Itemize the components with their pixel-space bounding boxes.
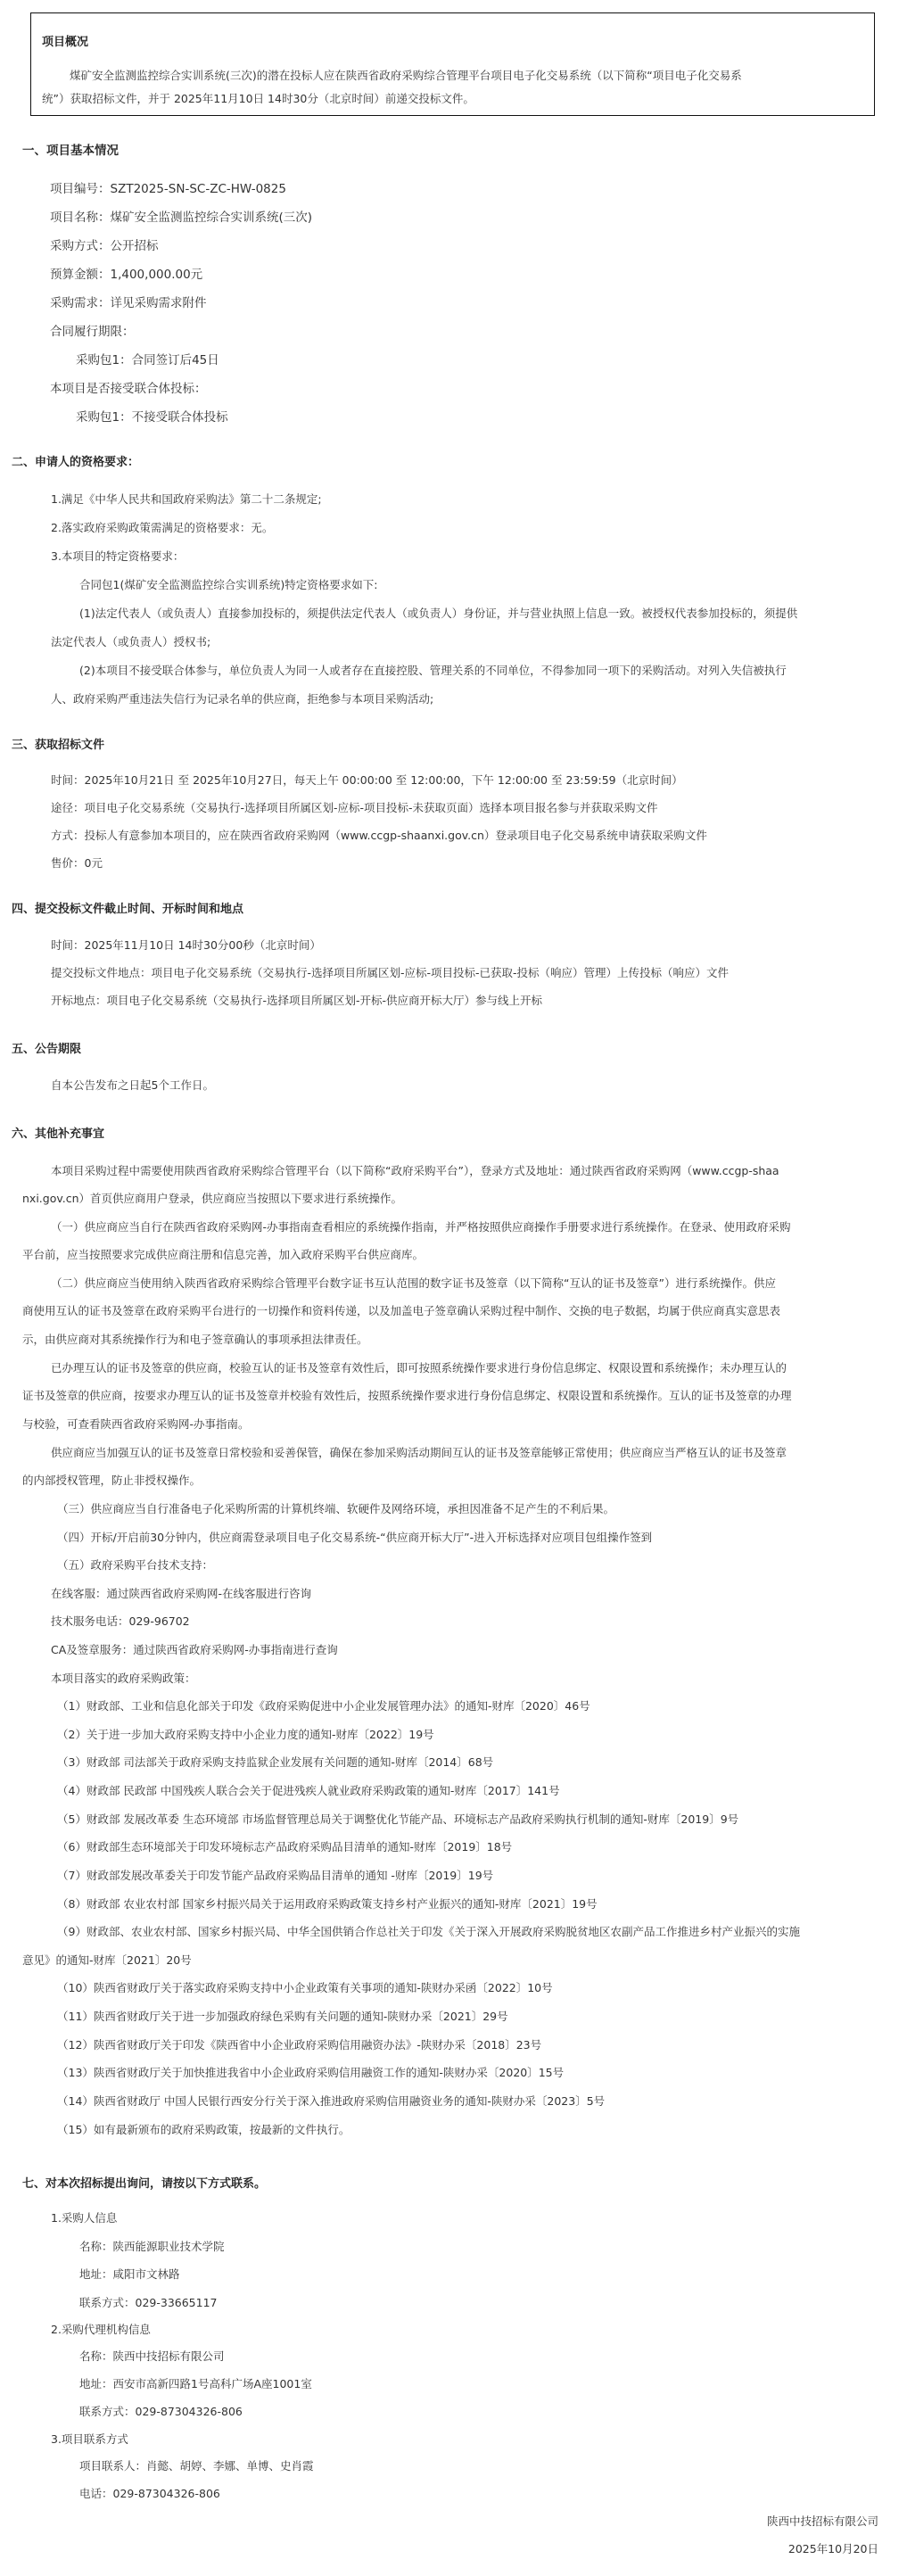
- policy-item: （11）陕西省财政厅关于进一步加强政府绿色采购有关问题的通知-陕财办采〔2021…: [57, 2008, 508, 2024]
- project-contact-people: 项目联系人：肖懿、胡婷、李娜、单博、史肖霞: [79, 2457, 314, 2473]
- requirement-1-line-2: 法定代表人（或负责人）授权书;: [51, 633, 210, 649]
- agency-contact: 联系方式：029-87304326-806: [79, 2403, 243, 2419]
- project-contact-label: 3.项目联系方式: [51, 2431, 128, 2447]
- policy-item: （9）财政部、农业农村部、国家乡村振兴局、中华全国供销合作总社关于印发《关于深入…: [57, 1923, 800, 1939]
- tech-support-phone: 技术服务电话：029-96702: [51, 1613, 190, 1629]
- section-2-heading: 二、申请人的资格要求：: [12, 452, 139, 469]
- policy-item: （6）财政部生态环境部关于印发环境标志产品政府采购品目清单的通知-财库〔2019…: [57, 1838, 512, 1854]
- section-5-heading: 五、公告期限: [12, 1039, 81, 1056]
- requirement-1-line-1: (1)法定代表人（或负责人）直接参加投标的，须提供法定代表人（或负责人）身份证，…: [79, 605, 797, 621]
- online-service: 在线客服：通过陕西省政府采购网-在线客服进行咨询: [51, 1585, 311, 1601]
- acquire-time: 时间：2025年10月21日 至 2025年10月27日，每天上午 00:00:…: [51, 772, 683, 788]
- section-6-heading: 六、其他补充事宜: [12, 1124, 104, 1141]
- section-7-heading: 七、对本次招标提出询问，请按以下方式联系。: [22, 2174, 266, 2191]
- package-1-requirements: 合同包1(煤矿安全监测监控综合实训系统)特定资格要求如下:: [79, 576, 377, 592]
- purchaser-contact: 联系方式：029-33665117: [79, 2294, 218, 2310]
- signature-org: 陕西中技招标有限公司: [767, 2513, 878, 2529]
- document-price: 售价：0元: [51, 855, 103, 871]
- signature-date: 2025年10月20日: [788, 2540, 878, 2556]
- supplement-line: （五）政府采购平台技术支持：: [57, 1556, 213, 1573]
- section-4-heading: 四、提交投标文件截止时间、开标时间和地点: [12, 899, 243, 916]
- supplement-line: 与校验，可查看陕西省政府采购网-办事指南。: [22, 1416, 250, 1432]
- supplement-line: nxi.gov.cn）首页供应商用户登录，供应商应当按照以下要求进行系统操作。: [22, 1190, 402, 1206]
- contract-period-package-1: 采购包1：合同签订后45日: [76, 350, 219, 367]
- project-number: 项目编号：SZT2025-SN-SC-ZC-HW-0825: [50, 178, 286, 196]
- summary-title: 项目概况: [42, 32, 88, 49]
- section-1-heading: 一、项目基本情况: [22, 140, 119, 158]
- project-contact-phone: 电话：029-87304326-806: [79, 2485, 220, 2501]
- deadline-time: 时间：2025年11月10日 14时30分00秒（北京时间）: [51, 937, 321, 953]
- agency-info-label: 2.采购代理机构信息: [51, 2321, 151, 2337]
- supplement-line: 的内部授权管理，防止非授权操作。: [22, 1472, 201, 1488]
- policy-item: （12）陕西省财政厅关于印发《陕西省中小企业政府采购信用融资办法》-陕财办采〔2…: [57, 2036, 541, 2052]
- summary-line-2: 统”）获取招标文件，并于 2025年11月10日 14时30分（北京时间）前递交…: [42, 90, 474, 106]
- acquire-route: 途径：项目电子化交易系统（交易执行-选择项目所属区划-应标-项目投标-未获取页面…: [51, 799, 658, 815]
- supplement-line: （一）供应商应当自行在陕西省政府采购网-办事指南查看相应的系统操作指南，并严格按…: [51, 1218, 791, 1234]
- policy-item: （4）财政部 民政部 中国残疾人联合会关于促进残疾人就业政府采购政策的通知-财库…: [57, 1782, 560, 1798]
- policy-item: （15）如有最新颁布的政府采购政策，按最新的文件执行。: [57, 2121, 350, 2137]
- agency-name: 名称：陕西中技招标有限公司: [79, 2348, 225, 2364]
- announcement-period: 自本公告发布之日起5个工作日。: [51, 1077, 214, 1093]
- qualification-item-3: 3.本项目的特定资格要求：: [51, 548, 184, 564]
- policy-item: （7）财政部发展改革委关于印发节能产品政府采购品目清单的通知 -财库〔2019〕…: [57, 1867, 493, 1883]
- policy-item: （13）陕西省财政厅关于加快推进我省中小企业政府采购信用融资工作的通知-陕财办采…: [57, 2064, 564, 2080]
- requirement-2-line-2: 人、政府采购严重违法失信行为记录名单的供应商，拒绝参与本项目采购活动;: [51, 690, 433, 706]
- purchaser-info-label: 1.采购人信息: [51, 2209, 117, 2225]
- policies-label: 本项目落实的政府采购政策：: [51, 1670, 196, 1686]
- policy-item-continued: 意见》的通知-财库〔2021〕20号: [22, 1952, 192, 1968]
- budget-amount: 预算金额：1,400,000.00元: [50, 264, 202, 282]
- qualification-item-2: 2.落实政府采购政策需满足的资格要求：无。: [51, 519, 273, 535]
- supplement-line: （三）供应商应当自行准备电子化采购所需的计算机终端、软硬件及网络环境，承担因准备…: [57, 1500, 614, 1516]
- project-name: 项目名称：煤矿安全监测监控综合实训系统(三次): [50, 207, 312, 225]
- supplement-line: 证书及签章的供应商，按要求办理互认的证书及签章并校验有效性后，按照系统操作要求进…: [22, 1387, 792, 1403]
- supplement-line: 示，由供应商对其系统操作行为和电子签章确认的事项承担法律责任。: [22, 1331, 368, 1347]
- purchaser-name: 名称：陕西能源职业技术学院: [79, 2238, 225, 2254]
- consortium-package-1: 采购包1：不接受联合体投标: [76, 407, 228, 425]
- policy-item: （2）关于进一步加大政府采购支持中小企业力度的通知-财库〔2022〕19号: [57, 1726, 434, 1742]
- supplement-line: （二）供应商应当使用纳入陕西省政府采购综合管理平台数字证书互认范围的数字证书及签…: [51, 1275, 776, 1291]
- section-3-heading: 三、获取招标文件: [12, 735, 104, 752]
- acquire-method: 方式：投标人有意参加本项目的，应在陕西省政府采购网（www.ccgp-shaan…: [51, 827, 707, 843]
- ca-service: CA及签章服务：通过陕西省政府采购网-办事指南进行查询: [51, 1641, 338, 1657]
- contract-period-label: 合同履行期限：: [50, 321, 135, 339]
- procurement-requirement: 采购需求：详见采购需求附件: [50, 293, 207, 310]
- submission-location: 提交投标文件地点：项目电子化交易系统（交易执行-选择项目所属区划-应标-项目投标…: [51, 964, 729, 980]
- agency-address: 地址：西安市高新四路1号高科广场A座1001室: [79, 2375, 312, 2391]
- supplement-line: 供应商应当加强互认的证书及签章日常校验和妥善保管，确保在参加采购活动期间互认的证…: [51, 1444, 787, 1460]
- consortium-label: 本项目是否接受联合体投标：: [50, 378, 207, 396]
- requirement-2-line-1: (2)本项目不接受联合体参与，单位负责人为同一人或者存在直接控股、管理关系的不同…: [79, 662, 787, 678]
- policy-item: （1）财政部、工业和信息化部关于印发《政府采购促进中小企业发展管理办法》的通知-…: [57, 1697, 590, 1713]
- supplement-line: 已办理互认的证书及签章的供应商，校验互认的证书及签章有效性后，即可按照系统操作要…: [51, 1359, 787, 1375]
- procurement-method: 采购方式：公开招标: [50, 235, 159, 253]
- supplement-line: 平台前，应当按照要求完成供应商注册和信息完善，加入政府采购平台供应商库。: [22, 1246, 424, 1262]
- opening-location: 开标地点：项目电子化交易系统（交易执行-选择项目所属区划-开标-供应商开标大厅）…: [51, 992, 542, 1008]
- summary-line-1: 煤矿安全监测监控综合实训系统(三次)的潜在投标人应在陕西省政府采购综合管理平台项…: [70, 67, 742, 83]
- policy-item: （10）陕西省财政厅关于落实政府采购支持中小企业政策有关事项的通知-陕财办采函〔…: [57, 1979, 553, 1995]
- policy-item: （14）陕西省财政厅 中国人民银行西安分行关于深入推进政府采购信用融资业务的通知…: [57, 2093, 605, 2109]
- policy-item: （5）财政部 发展改革委 生态环境部 市场监督管理总局关于调整优化节能产品、环境…: [57, 1811, 738, 1827]
- supplement-line: 商使用互认的证书及签章在政府采购平台进行的一切操作和资料传递，以及加盖电子签章确…: [22, 1302, 780, 1318]
- supplement-line: 本项目采购过程中需要使用陕西省政府采购综合管理平台（以下简称“政府采购平台”），…: [51, 1162, 779, 1178]
- supplement-line: （四）开标/开启前30分钟内，供应商需登录项目电子化交易系统-“供应商开标大厅”…: [57, 1529, 652, 1545]
- policy-item: （3）财政部 司法部关于政府采购支持监狱企业发展有关问题的通知-财库〔2014〕…: [57, 1754, 493, 1770]
- qualification-item-1: 1.满足《中华人民共和国政府采购法》第二十二条规定;: [51, 491, 322, 507]
- policy-item: （8）财政部 农业农村部 国家乡村振兴局关于运用政府采购政策支持乡村产业振兴的通…: [57, 1895, 598, 1911]
- purchaser-address: 地址：咸阳市文林路: [79, 2266, 180, 2282]
